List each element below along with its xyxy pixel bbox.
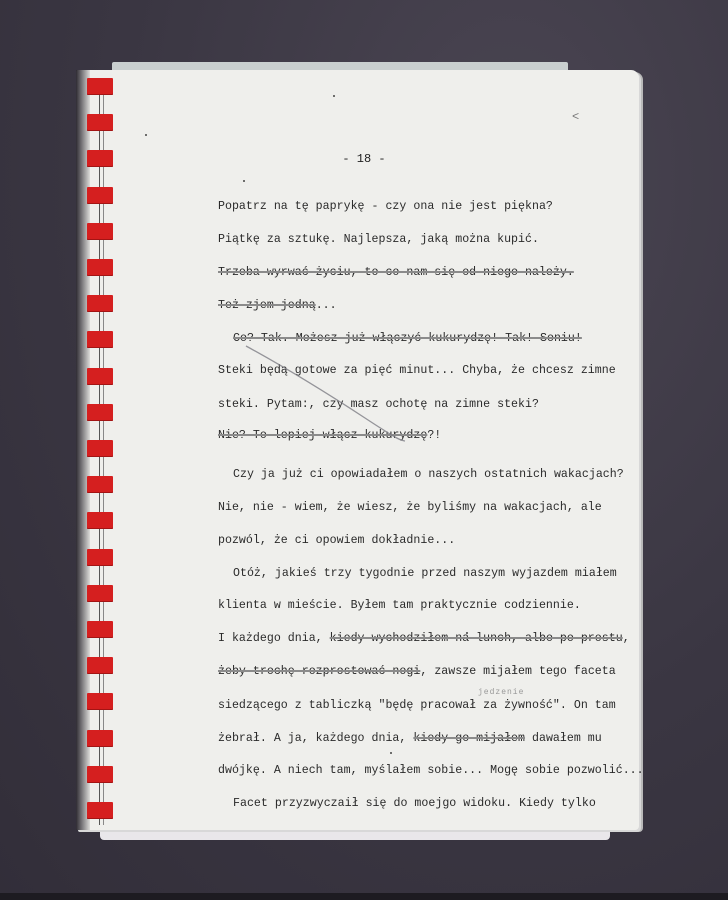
struck-text: Też zjem jedną	[218, 299, 316, 312]
scan-speck	[243, 180, 245, 182]
text-line: Piątkę za sztukę. Najlepsza, jaką można …	[218, 233, 539, 246]
binding-ring	[87, 621, 113, 638]
text-line: siedzącego z tabliczką "będę pracował za…	[218, 699, 616, 712]
text-segment: Popatrz na tę paprykę - czy ona nie jest…	[218, 200, 553, 213]
text-line: klienta w mieście. Byłem tam praktycznie…	[218, 599, 581, 612]
binding-ring	[87, 766, 113, 783]
text-segment: ...	[316, 299, 337, 312]
text-segment: Nie, nie - wiem, że wiesz, że byliśmy na…	[218, 501, 602, 514]
binding-ring	[87, 331, 113, 348]
text-segment: dwójkę. A niech tam, myślałem sobie... M…	[218, 764, 644, 777]
text-segment: ?!	[427, 429, 441, 442]
scan-speck	[333, 95, 335, 97]
binding-ring	[87, 404, 113, 421]
binding-ring	[87, 187, 113, 204]
document-page	[76, 70, 639, 830]
text-line: Co? Tak. Możesz już włączyć kukurydzę! T…	[233, 332, 582, 345]
text-line: Nie, nie - wiem, że wiesz, że byliśmy na…	[218, 501, 602, 514]
binding-ring	[87, 585, 113, 602]
text-line: Nie? To lepiej włącz kukurydzę?!	[218, 429, 441, 442]
binding-ring	[87, 693, 113, 710]
text-segment: Otóż, jakieś trzy tygodnie przed naszym …	[233, 567, 617, 580]
text-line: steki. Pytam:, czy masz ochotę na zimne …	[218, 398, 539, 411]
binding-ring	[87, 802, 113, 819]
text-segment: żebrał. A ja, każdego dnia,	[218, 732, 413, 745]
text-segment: Facet przyzwyczaił się do moejgo widoku.…	[233, 797, 596, 810]
scanner-edge	[0, 893, 728, 900]
text-segment: Piątkę za sztukę. Najlepsza, jaką można …	[218, 233, 539, 246]
binding-ring	[87, 549, 113, 566]
struck-text: żeby trochę rozprostować nogi	[218, 665, 420, 678]
page-number: - 18 -	[0, 152, 728, 166]
binding-ring	[87, 476, 113, 493]
text-segment: pozwól, że ci opowiem dokładnie...	[218, 534, 455, 547]
text-line: I każdego dnia, kiedy wychodziłem na lun…	[218, 632, 630, 645]
text-line: Też zjem jedną...	[218, 299, 337, 312]
binding-ring	[87, 440, 113, 457]
struck-text: Co? Tak. Możesz już włączyć kukurydzę! T…	[233, 332, 582, 345]
handwritten-annotation: jedzenie	[478, 688, 524, 697]
text-segment: ,	[623, 632, 630, 645]
text-line: Popatrz na tę paprykę - czy ona nie jest…	[218, 200, 553, 213]
margin-mark: <	[572, 110, 579, 124]
text-segment: , zawsze mijałem tego faceta	[420, 665, 615, 678]
scan-speck	[390, 752, 392, 754]
text-segment: klienta w mieście. Byłem tam praktycznie…	[218, 599, 581, 612]
text-segment: Czy ja już ci opowiadałem o naszych osta…	[233, 468, 624, 481]
binding-ring	[87, 295, 113, 312]
binding-ring	[87, 78, 113, 95]
struck-text: Nie? To lepiej włącz kukurydzę	[218, 429, 427, 442]
binding-ring	[87, 512, 113, 529]
text-line: Czy ja już ci opowiadałem o naszych osta…	[233, 468, 624, 481]
text-segment: dawałem mu	[525, 732, 602, 745]
text-line: Facet przyzwyczaił się do moejgo widoku.…	[233, 797, 596, 810]
binding-ring	[87, 657, 113, 674]
text-line: Otóż, jakieś trzy tygodnie przed naszym …	[233, 567, 617, 580]
struck-text: kiedy go mijałem	[413, 732, 525, 745]
scan-speck	[145, 134, 147, 136]
scan-speck	[466, 632, 468, 634]
text-segment: steki. Pytam:, czy masz ochotę na zimne …	[218, 398, 539, 411]
text-line: dwójkę. A niech tam, myślałem sobie... M…	[218, 764, 644, 777]
text-line: Steki będą gotowe za pięć minut... Chyba…	[218, 364, 616, 377]
binding-ring	[87, 114, 113, 131]
text-segment: I każdego dnia,	[218, 632, 330, 645]
binding-ring	[87, 730, 113, 747]
binding-ring	[87, 259, 113, 276]
binding-ring	[87, 368, 113, 385]
text-segment: Steki będą gotowe za pięć minut... Chyba…	[218, 364, 616, 377]
text-line: żeby trochę rozprostować nogi, zawsze mi…	[218, 665, 616, 678]
text-segment: siedzącego z tabliczką "będę pracował za…	[218, 699, 616, 712]
struck-text: kiedy wychodziłem na lunch, albo po pros…	[330, 632, 623, 645]
text-line: pozwól, że ci opowiem dokładnie...	[218, 534, 455, 547]
text-line: Trzeba wyrwać życiu, to co nam się od ni…	[218, 266, 574, 279]
struck-text: Trzeba wyrwać życiu, to co nam się od ni…	[218, 266, 574, 279]
binding-ring	[87, 223, 113, 240]
text-line: żebrał. A ja, każdego dnia, kiedy go mij…	[218, 732, 602, 745]
